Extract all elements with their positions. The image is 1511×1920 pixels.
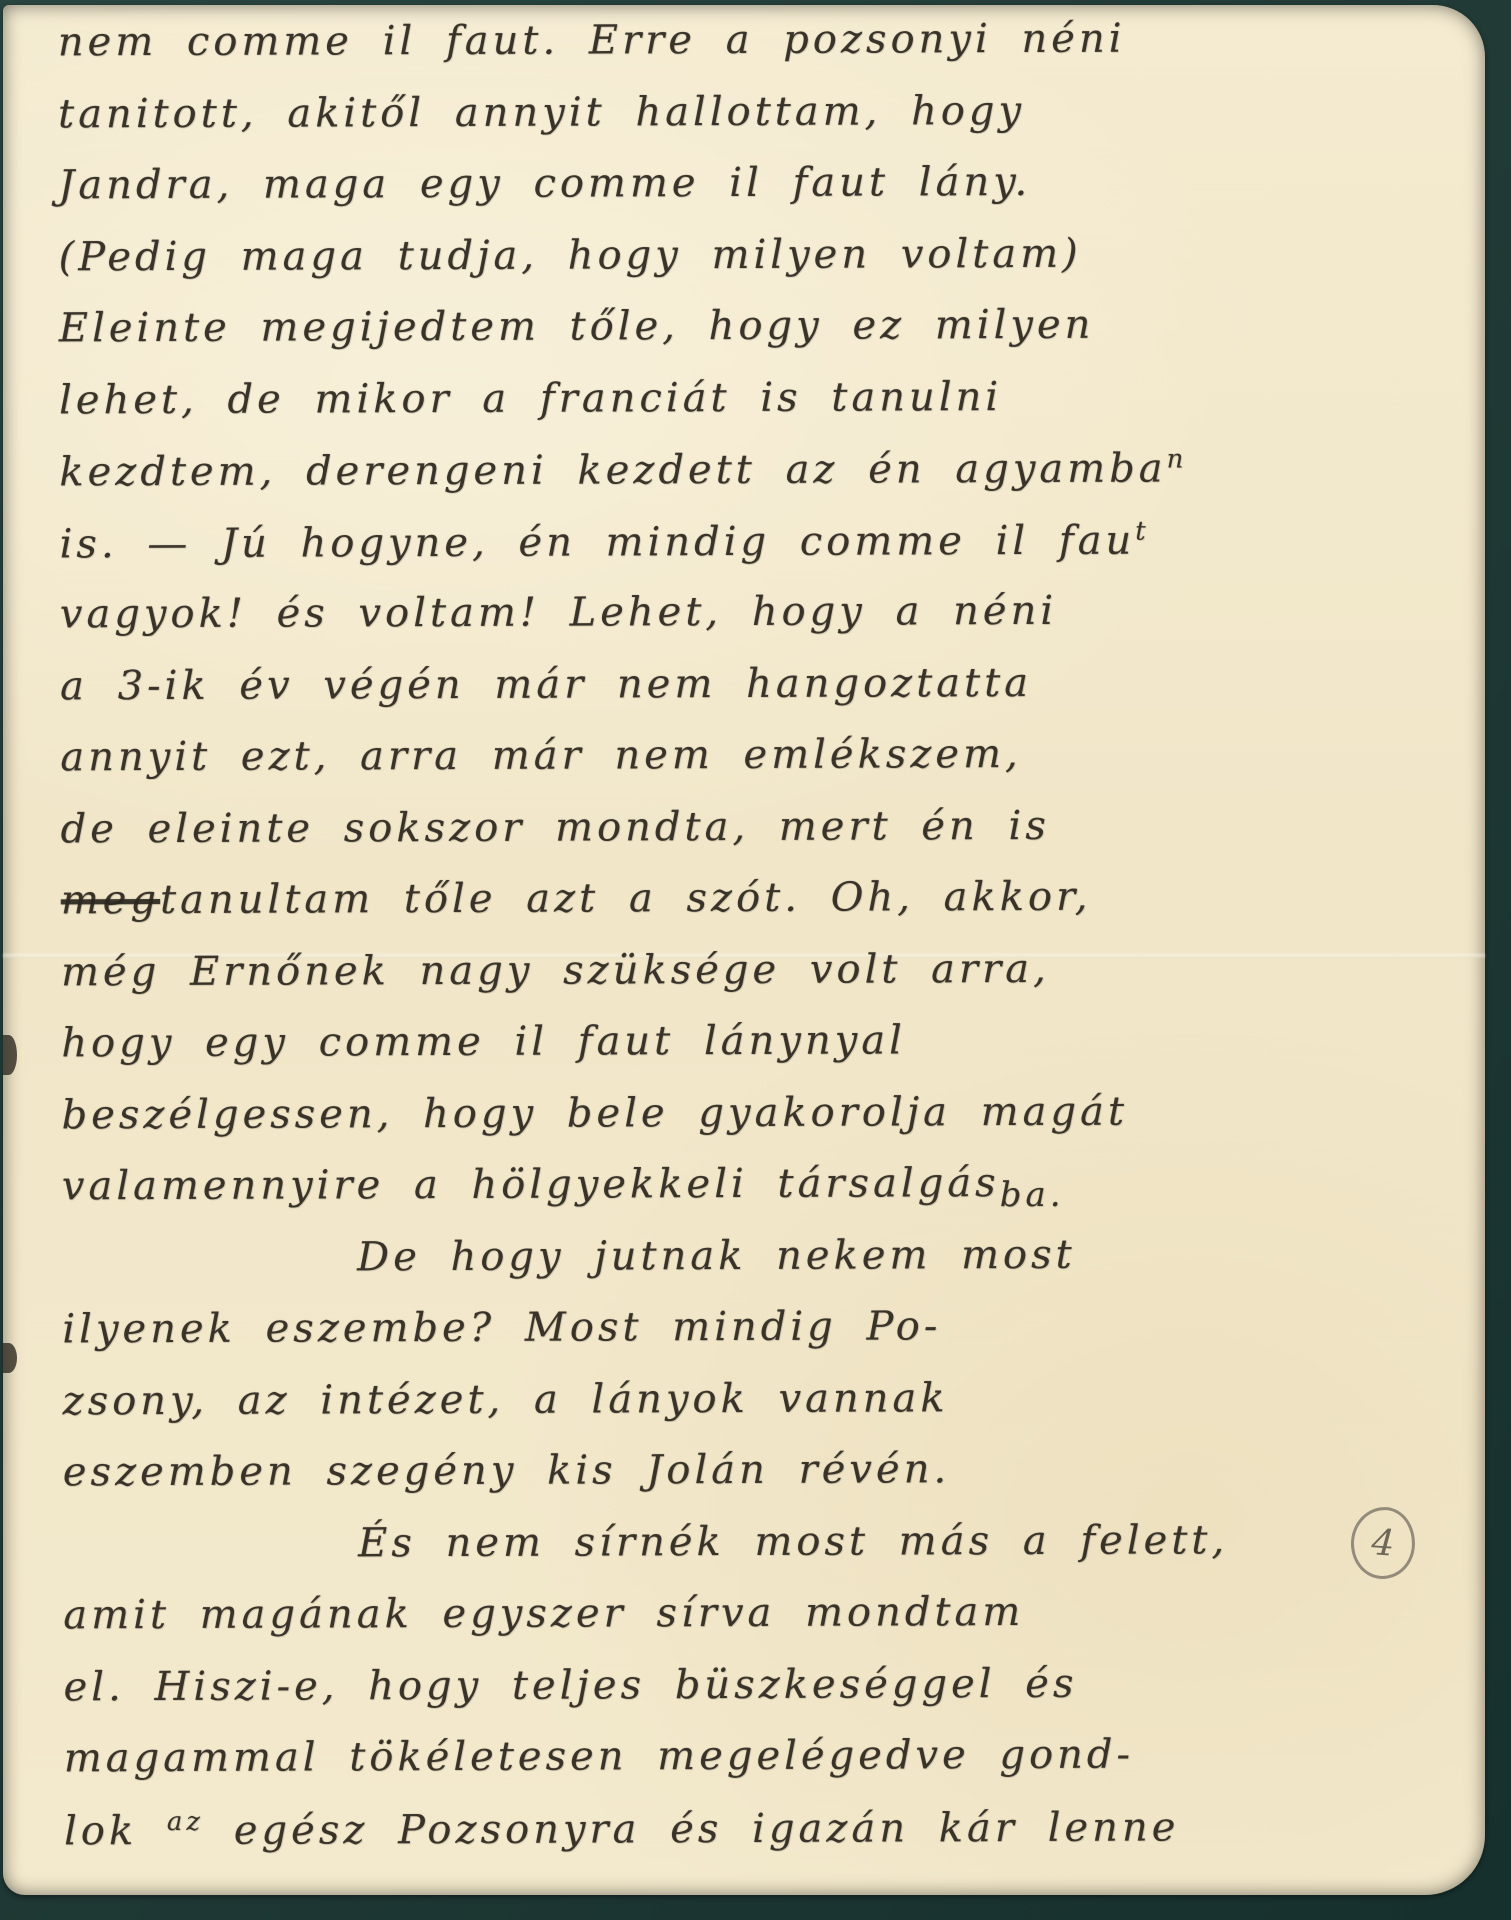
- handwriting-line: valamennyire a hölgyekkeli társalgásba.: [62, 1159, 1422, 1235]
- photo-background: nem comme il faut. Erre a pozsonyi nénit…: [0, 0, 1511, 1920]
- handwriting-line: hogy egy comme il faut lánynyal: [61, 1016, 1421, 1092]
- handwriting-segment: az: [167, 1806, 204, 1836]
- handwriting-segment: kezdtem, derengeni kezdett az én agyamba: [59, 446, 1166, 496]
- handwriting-line: de eleinte sokszor mondta, mert én is: [61, 801, 1421, 877]
- handwriting-line: (Pedig maga tudja, hogy milyen voltam): [59, 229, 1419, 305]
- handwriting-line: megtanultam tőle azt a szót. Oh, akkor,: [61, 873, 1421, 949]
- handwriting-segment: hogy egy comme il faut lánynyal: [61, 1017, 906, 1066]
- handwriting-line: vagyok! és voltam! Lehet, hogy a néni: [60, 587, 1420, 663]
- handwriting-segment: (Pedig maga tudja, hogy milyen voltam): [59, 230, 1082, 280]
- handwriting-segment: És nem sírnék most más a felett,: [358, 1517, 1228, 1566]
- handwriting-line: És nem sírnék most más a felett,: [63, 1516, 1423, 1592]
- handwriting-line: annyit ezt, arra már nem emlékszem,: [60, 730, 1420, 806]
- handwriting-line: zsony, az intézet, a lányok vannak: [63, 1373, 1423, 1449]
- handwriting-segment: ilyenek eszembe? Most mindig Po-: [62, 1303, 941, 1352]
- handwriting-line: lehet, de mikor a franciát is tanulni: [59, 372, 1419, 448]
- handwriting-segment: a 3-ik év végén már nem hangoztatta: [60, 659, 1032, 708]
- handwriting-segment: zsony, az intézet, a lányok vannak: [63, 1375, 949, 1424]
- handwriting-segment: eszemben szegény kis Jolán révén.: [63, 1446, 950, 1495]
- handwriting-segment: t: [1135, 516, 1150, 546]
- handwriting-segment: beszélgessen, hogy bele gyakorolja magát: [62, 1088, 1129, 1138]
- handwriting-segment: is. — Jú hogyne, én mindig comme il fau: [60, 517, 1136, 567]
- handwriting-segment: el. Hiszi-e, hogy teljes büszkeséggel és: [63, 1660, 1077, 1710]
- handwriting-segment: amit magának egyszer sírva mondtam: [63, 1589, 1024, 1638]
- handwriting-segment: n: [1167, 444, 1188, 474]
- handwriting-line: lok az egész Pozsonyra és igazán kár len…: [64, 1802, 1424, 1878]
- handwriting-line: a 3-ik év végén már nem hangoztatta: [60, 658, 1420, 734]
- handwriting-segment: egész Pozsonyra és igazán kár lenne: [204, 1804, 1179, 1853]
- handwriting-segment: lehet, de mikor a franciát is tanulni: [59, 374, 1002, 423]
- letter-paper: nem comme il faut. Erre a pozsonyi nénit…: [3, 5, 1485, 1895]
- handwriting-line: eszemben szegény kis Jolán révén.: [63, 1445, 1423, 1521]
- handwriting-segment: meg: [61, 877, 160, 923]
- handwriting-segment: ba.: [1000, 1175, 1065, 1215]
- handwriting-line: nem comme il faut. Erre a pozsonyi néni: [58, 15, 1418, 91]
- handwriting-line: tanitott, akitől annyit hallottam, hogy: [58, 86, 1418, 162]
- handwriting-segment: vagyok! és voltam! Lehet, hogy a néni: [60, 588, 1057, 637]
- handwriting-line: is. — Jú hogyne, én mindig comme il faut: [60, 515, 1420, 591]
- handwriting-line: ilyenek eszembe? Most mindig Po-: [62, 1302, 1422, 1378]
- handwriting-segment: még Ernőnek nagy szüksége volt arra,: [61, 945, 1050, 994]
- handwriting-segment: tanitott, akitől annyit hallottam, hogy: [58, 88, 1025, 137]
- page-number-label: 4: [1370, 1522, 1396, 1564]
- handwriting-segment: magammal tökéletesen megelégedve gond-: [64, 1732, 1134, 1782]
- ink-edge-mark: [3, 1343, 17, 1373]
- handwriting-line: kezdtem, derengeni kezdett az én agyamba…: [59, 444, 1419, 520]
- handwriting-line: De hogy jutnak nekem most: [62, 1230, 1422, 1306]
- handwriting-segment: de eleinte sokszor mondta, mert én is: [61, 802, 1050, 851]
- handwriting-segment: annyit ezt, arra már nem emlékszem,: [60, 731, 1022, 780]
- handwriting-segment: Eleinte megijedtem tőle, hogy ez milyen: [59, 302, 1095, 352]
- ink-edge-mark: [3, 1035, 17, 1075]
- handwriting-line: Eleinte megijedtem tőle, hogy ez milyen: [59, 301, 1419, 377]
- handwriting-line: amit magának egyszer sírva mondtam: [63, 1588, 1423, 1664]
- handwriting-line: el. Hiszi-e, hogy teljes büszkeséggel és: [63, 1659, 1423, 1735]
- handwriting-block: nem comme il faut. Erre a pozsonyi nénit…: [58, 15, 1424, 1879]
- handwriting-line: beszélgessen, hogy bele gyakorolja magát: [62, 1087, 1422, 1163]
- handwriting-segment: Jandra, maga egy comme il faut lány.: [58, 159, 1031, 208]
- handwriting-segment: tanultam tőle azt a szót. Oh, akkor,: [160, 874, 1092, 923]
- handwriting-line: még Ernőnek nagy szüksége volt arra,: [61, 944, 1421, 1020]
- handwriting-segment: lok: [64, 1808, 167, 1854]
- handwriting-segment: De hogy jutnak nekem most: [357, 1231, 1076, 1280]
- handwriting-segment: valamennyire a hölgyekkeli társalgás: [62, 1160, 1000, 1209]
- handwriting-segment: nem comme il faut. Erre a pozsonyi néni: [58, 16, 1126, 66]
- handwriting-line: magammal tökéletesen megelégedve gond-: [64, 1731, 1424, 1807]
- handwriting-line: Jandra, maga egy comme il faut lány.: [58, 158, 1418, 234]
